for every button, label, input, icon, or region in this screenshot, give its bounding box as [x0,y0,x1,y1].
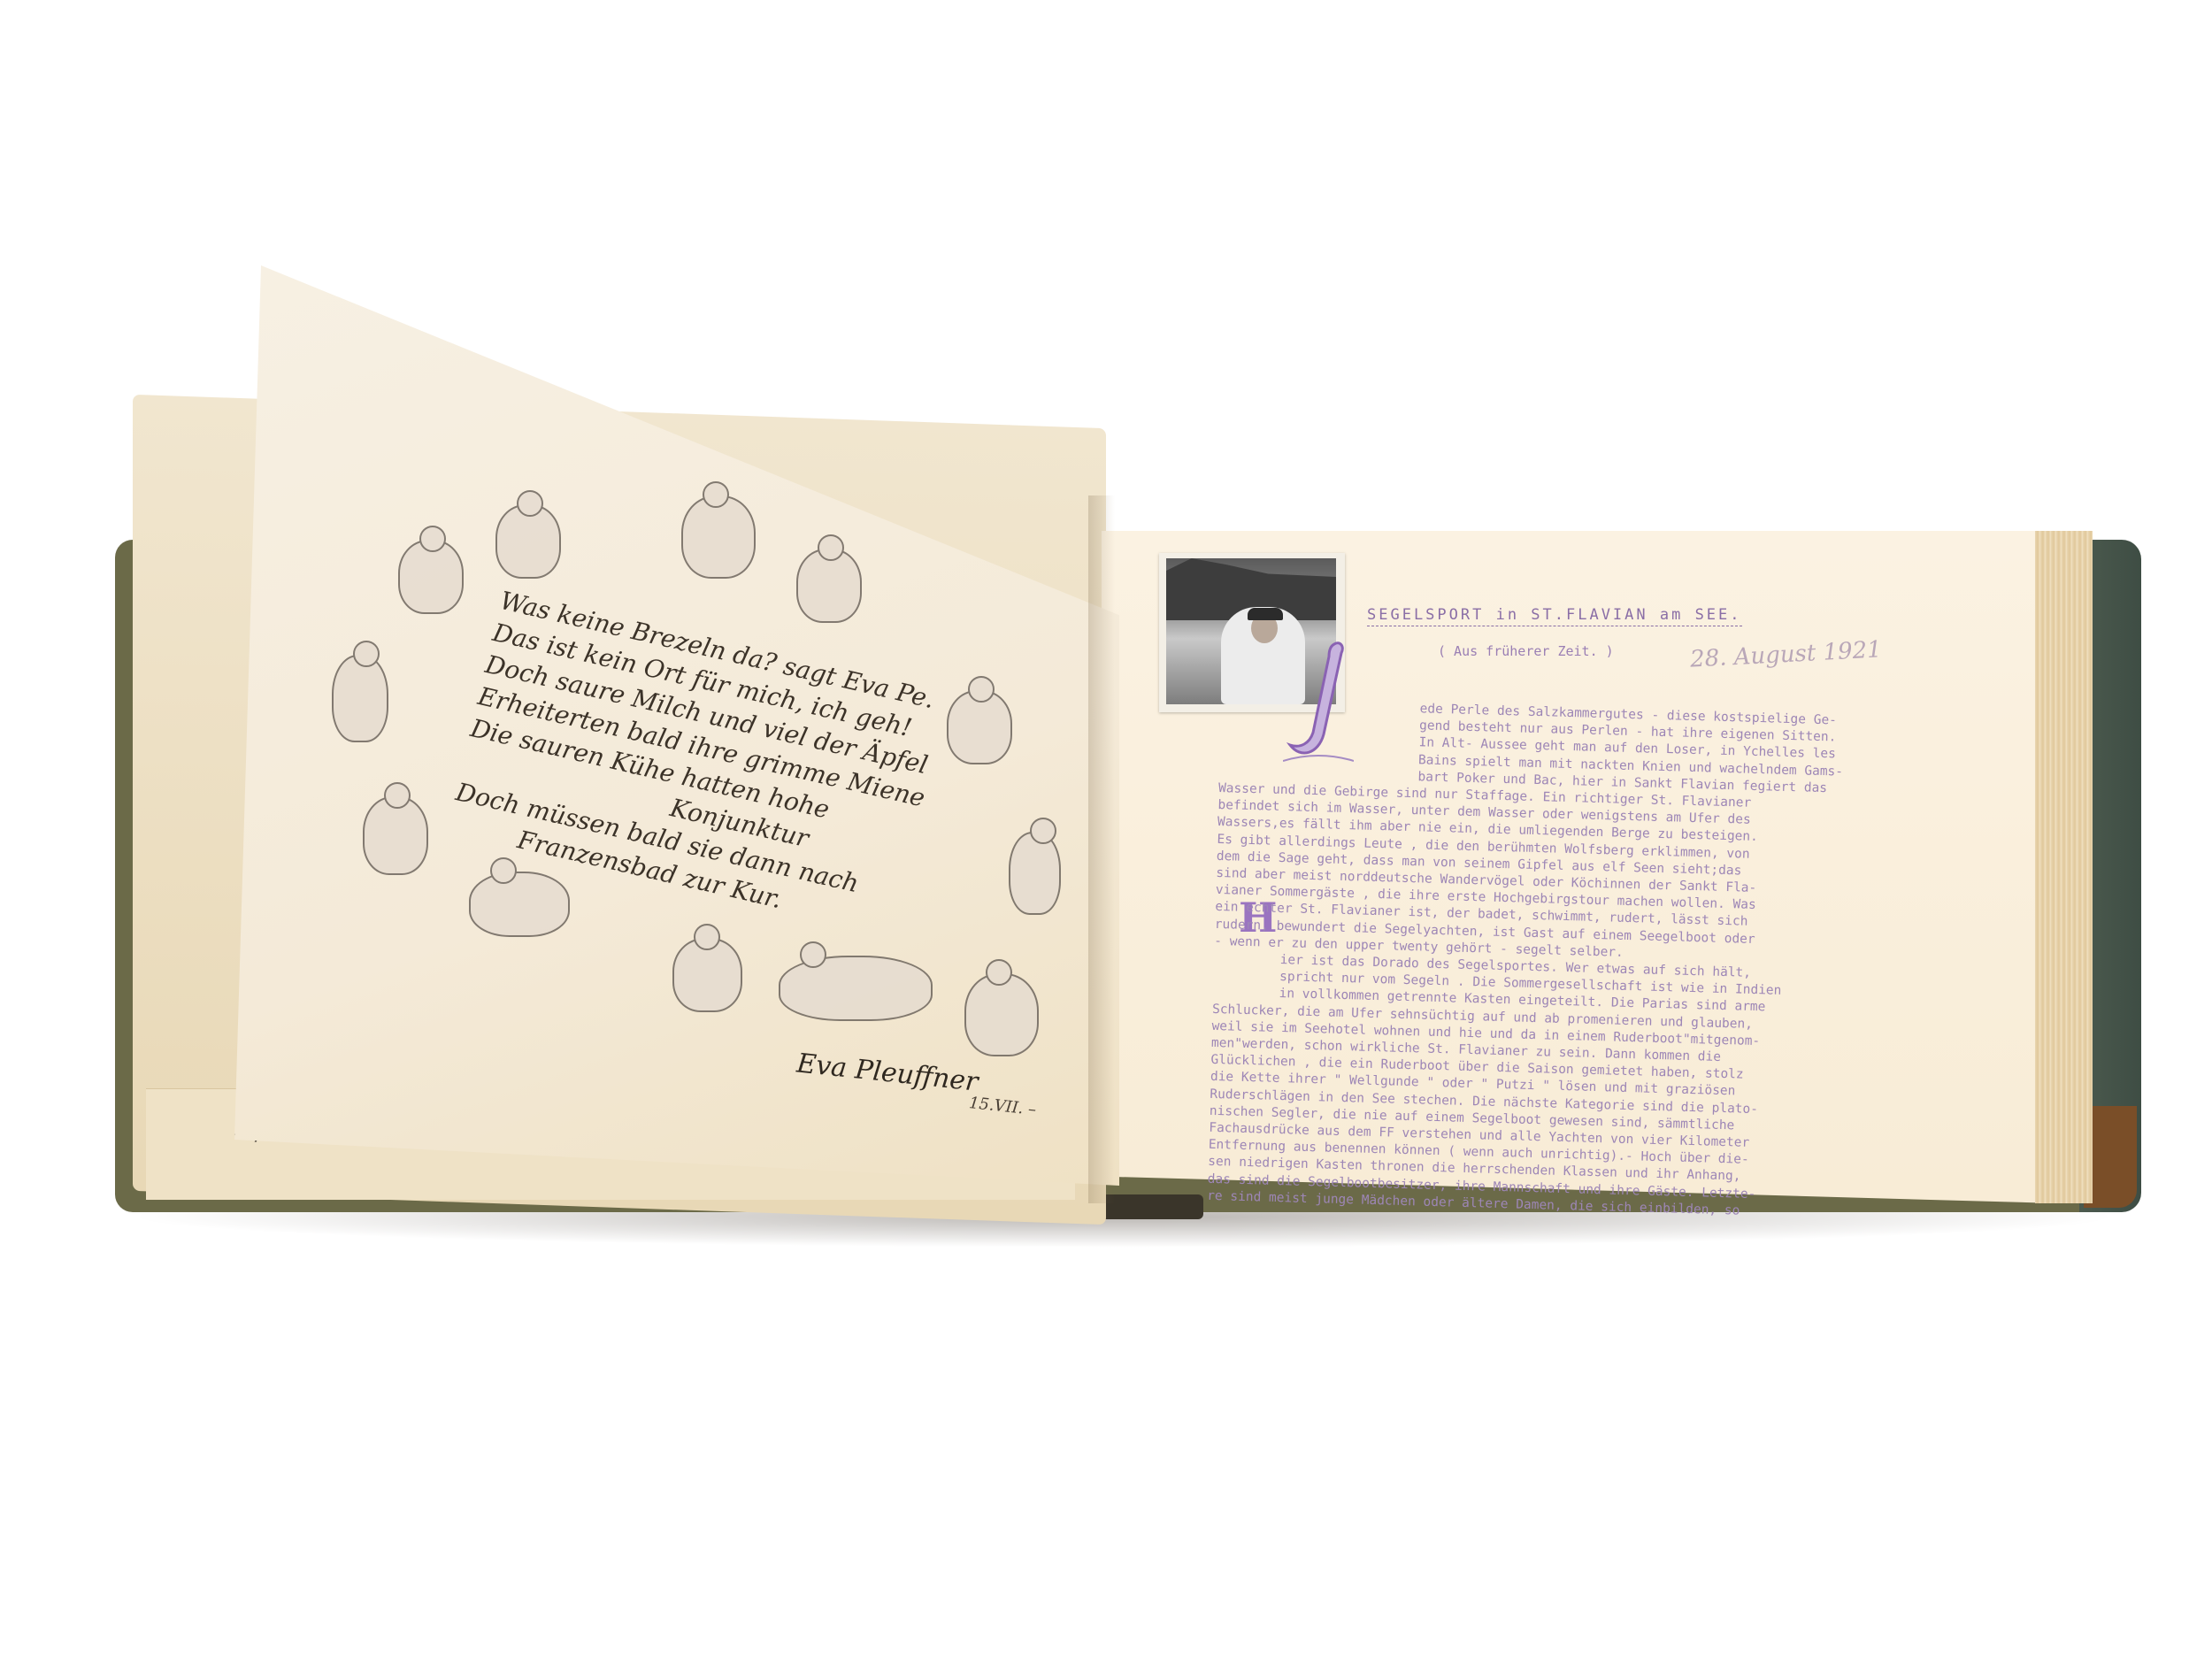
article-subheading: ( Aus früherer Zeit. ) [1438,643,1614,659]
duck-drawing-icon [332,655,388,742]
duck-drawing-icon [681,495,756,579]
duck-drawing-icon [469,872,570,937]
duck-drawing-icon [1009,832,1061,915]
article-heading: SEGELSPORT in ST.FLAVIAN am SEE. [1367,606,1742,626]
duck-drawing-icon [398,540,464,614]
duck-drawing-icon [779,956,933,1021]
right-page-edges [2035,531,2093,1203]
book-photograph: 4 / Was keine Brezeln da? sagt Eva Pe. D… [0,0,2212,1659]
duck-drawing-icon [672,938,742,1012]
duck-drawing-icon [796,549,862,623]
typed-article-body: ede Perle des Salzkammergutes - diese ko… [1207,695,2000,1226]
duck-drawing-icon [964,973,1039,1056]
captain-cap-icon [1248,608,1283,620]
duck-drawing-icon [495,504,561,579]
duck-drawing-icon [363,796,428,875]
page-gutter [1088,495,1115,1203]
